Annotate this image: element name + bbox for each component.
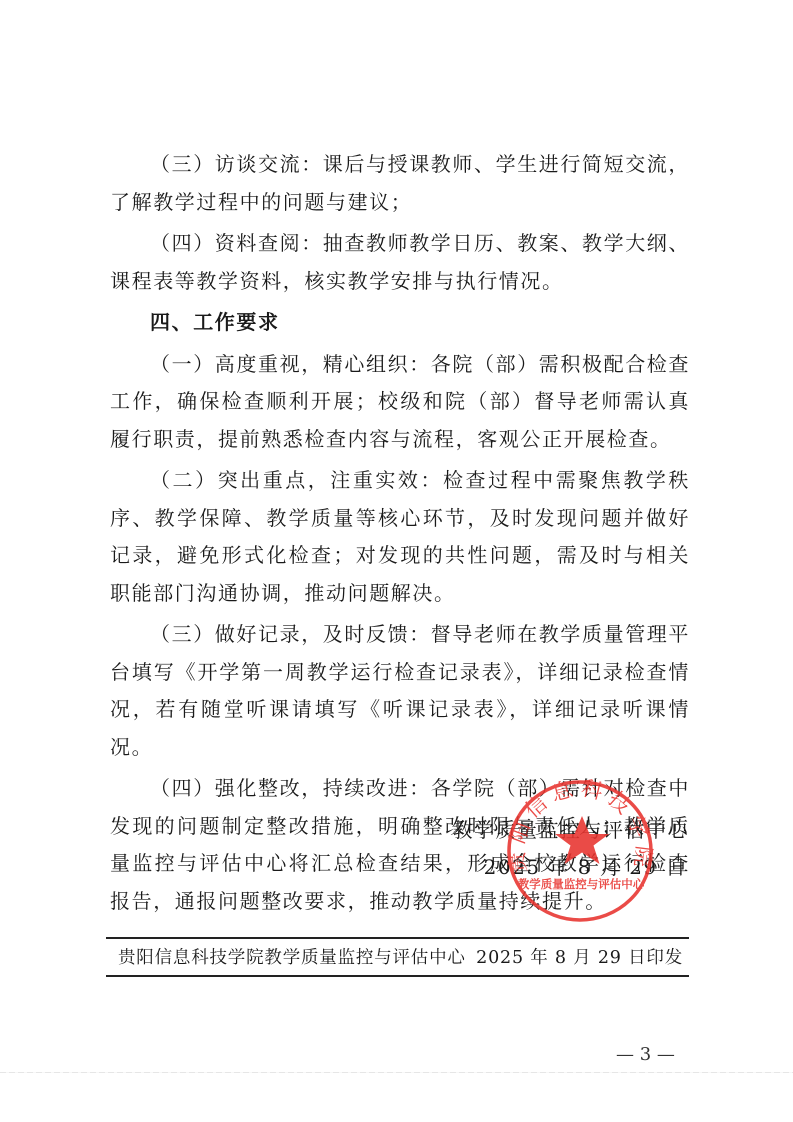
- page-number: — 3 —: [616, 1044, 675, 1065]
- signature-date: 2025 年 8 月 29 日: [484, 851, 687, 880]
- scan-edge-line: [0, 1072, 793, 1073]
- footer-rule-top: [106, 937, 689, 939]
- requirement-item-3: （三）做好记录，及时反馈：督导老师在教学质量管理平台填写《开学第一周教学运行检查…: [110, 616, 690, 766]
- paragraph-document-review: （四）资料查阅：抽查教师教学日历、教案、教学大纲、课程表等教学资料，核实教学安排…: [110, 225, 690, 300]
- footer-issuer: 贵阳信息科技学院教学质量监控与评估中心: [118, 944, 466, 969]
- document-page: （三）访谈交流：课后与授课教师、学生进行简短交流，了解教学过程中的问题与建议； …: [0, 0, 793, 1122]
- requirement-item-2: （二）突出重点，注重实效：检查过程中需聚焦教学秩序、教学保障、教学质量等核心环节…: [110, 462, 690, 612]
- section-title-work-requirements: 四、工作要求: [110, 304, 690, 342]
- requirement-item-4: （四）强化整改，持续改进：各学院（部）需针对检查中发现的问题制定整改措施，明确整…: [110, 770, 690, 920]
- document-body: （三）访谈交流：课后与授课教师、学生进行简短交流，了解教学过程中的问题与建议； …: [110, 146, 690, 924]
- requirement-item-1: （一）高度重视，精心组织：各院（部）需积极配合检查工作，确保检查顺利开展；校级和…: [110, 346, 690, 459]
- footer-issue-date: 2025 年 8 月 29 日印发: [476, 944, 683, 969]
- signature-organization: 教学质量监控与评估中心: [453, 814, 690, 843]
- paragraph-interview: （三）访谈交流：课后与授课教师、学生进行简短交流，了解教学过程中的问题与建议；: [110, 146, 690, 221]
- footer-rule-bottom: [106, 975, 689, 977]
